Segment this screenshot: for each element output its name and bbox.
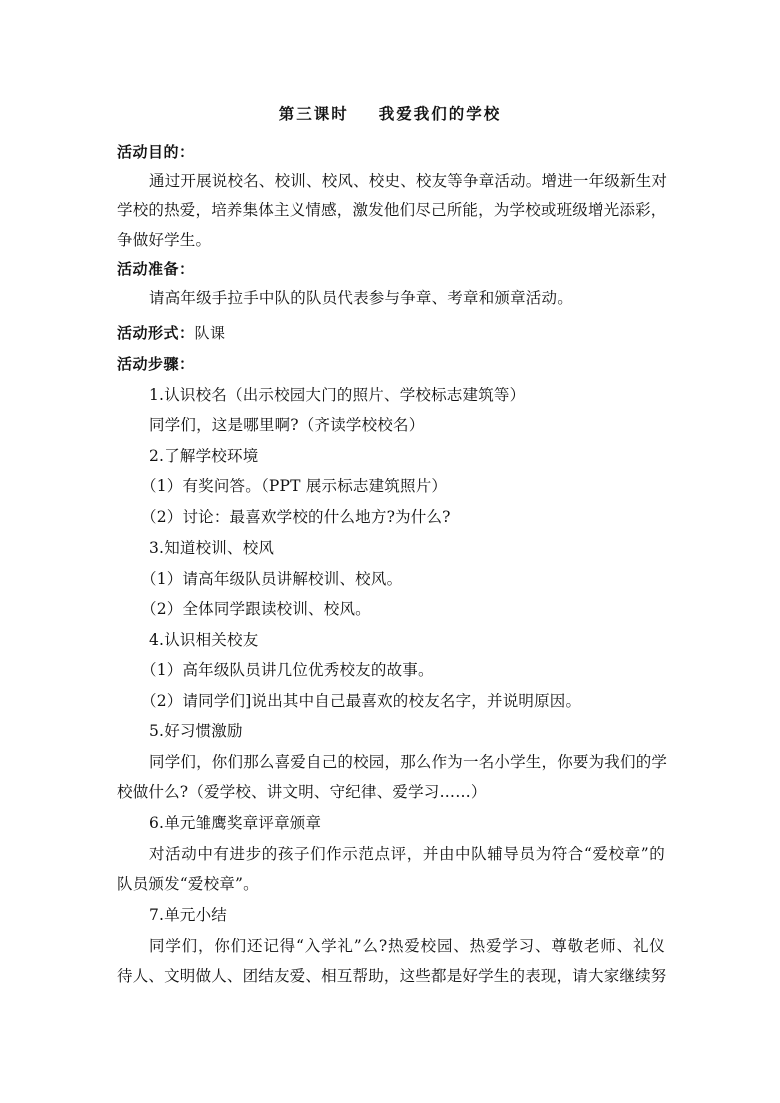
step-sub-item: （2）全体同学跟读校训、校风。 <box>117 598 689 620</box>
title-lesson-name: 我爱我们的学校 <box>379 105 502 123</box>
step-title: 1.认识校名（出示校园大门的照片、学校标志建筑等） <box>117 384 697 406</box>
step-title: 2.了解学校环境 <box>117 445 697 467</box>
step-line: 同学们，这是哪里啊?（齐读学校校名） <box>117 414 697 436</box>
paragraph-line: 学校的热爱，培养集体主义情感，激发他们尽己所能，为学校或班级增光添彩， <box>117 199 665 221</box>
step-sub-item: （2）请同学们]说出其中自己最喜欢的校友名字，并说明原因。 <box>117 690 689 712</box>
section-heading-purpose: 活动目的： <box>117 141 665 163</box>
step-sub-item: （2）讨论：最喜欢学校的什么地方?为什么? <box>117 506 689 528</box>
step-title: 4.认识相关校友 <box>117 629 697 651</box>
step-line: 队员颁发“爱校章”。 <box>117 873 665 895</box>
step-line: 校做什么?（爱学校、讲文明、守纪律、爱学习……） <box>117 781 665 803</box>
step-title: 6.单元雏鹰奖章评章颁章 <box>117 812 697 834</box>
paragraph-line: 通过开展说校名、校训、校风、校史、校友等争章活动。增进一年级新生对 <box>117 170 665 192</box>
step-title: 5.好习惯激励 <box>117 720 697 742</box>
section-heading-steps: 活动步骤： <box>117 353 665 375</box>
step-title: 3.知道校训、校风 <box>117 537 697 559</box>
step-line: 同学们，你们还记得“入学礼”么?热爱校园、热爱学习、尊敬老师、礼仪 <box>117 935 665 957</box>
section-heading-format: 活动形式：队课 <box>117 322 665 344</box>
page-title: 第三课时我爱我们的学校 <box>0 102 780 126</box>
step-title: 7.单元小结 <box>117 904 697 926</box>
title-lesson-number: 第三课时 <box>279 105 349 123</box>
document-page: 第三课时我爱我们的学校 活动目的： 通过开展说校名、校训、校风、校史、校友等争章… <box>0 0 780 1103</box>
section-heading-preparation: 活动准备： <box>117 258 665 280</box>
step-line: 同学们，你们那么喜爱自己的校园，那么作为一名小学生，你要为我们的学 <box>117 751 665 773</box>
step-line: 待人、文明做人、团结友爱、相互帮助，这些都是好学生的表现，请大家继续努 <box>117 965 665 987</box>
step-line: 对活动中有进步的孩子们作示范点评，并由中队辅导员为符合“爱校章”的 <box>117 843 665 865</box>
paragraph-line: 请高年级手拉手中队的队员代表参与争章、考章和颁章活动。 <box>117 287 697 309</box>
step-sub-item: （1）有奖问答。（PPT 展示标志建筑照片） <box>117 475 689 497</box>
format-value: 队课 <box>195 324 226 342</box>
paragraph-line: 争做好学生。 <box>117 229 665 251</box>
step-sub-item: （1）请高年级队员讲解校训、校风。 <box>117 568 689 590</box>
step-sub-item: （1）高年级队员讲几位优秀校友的故事。 <box>117 659 689 681</box>
